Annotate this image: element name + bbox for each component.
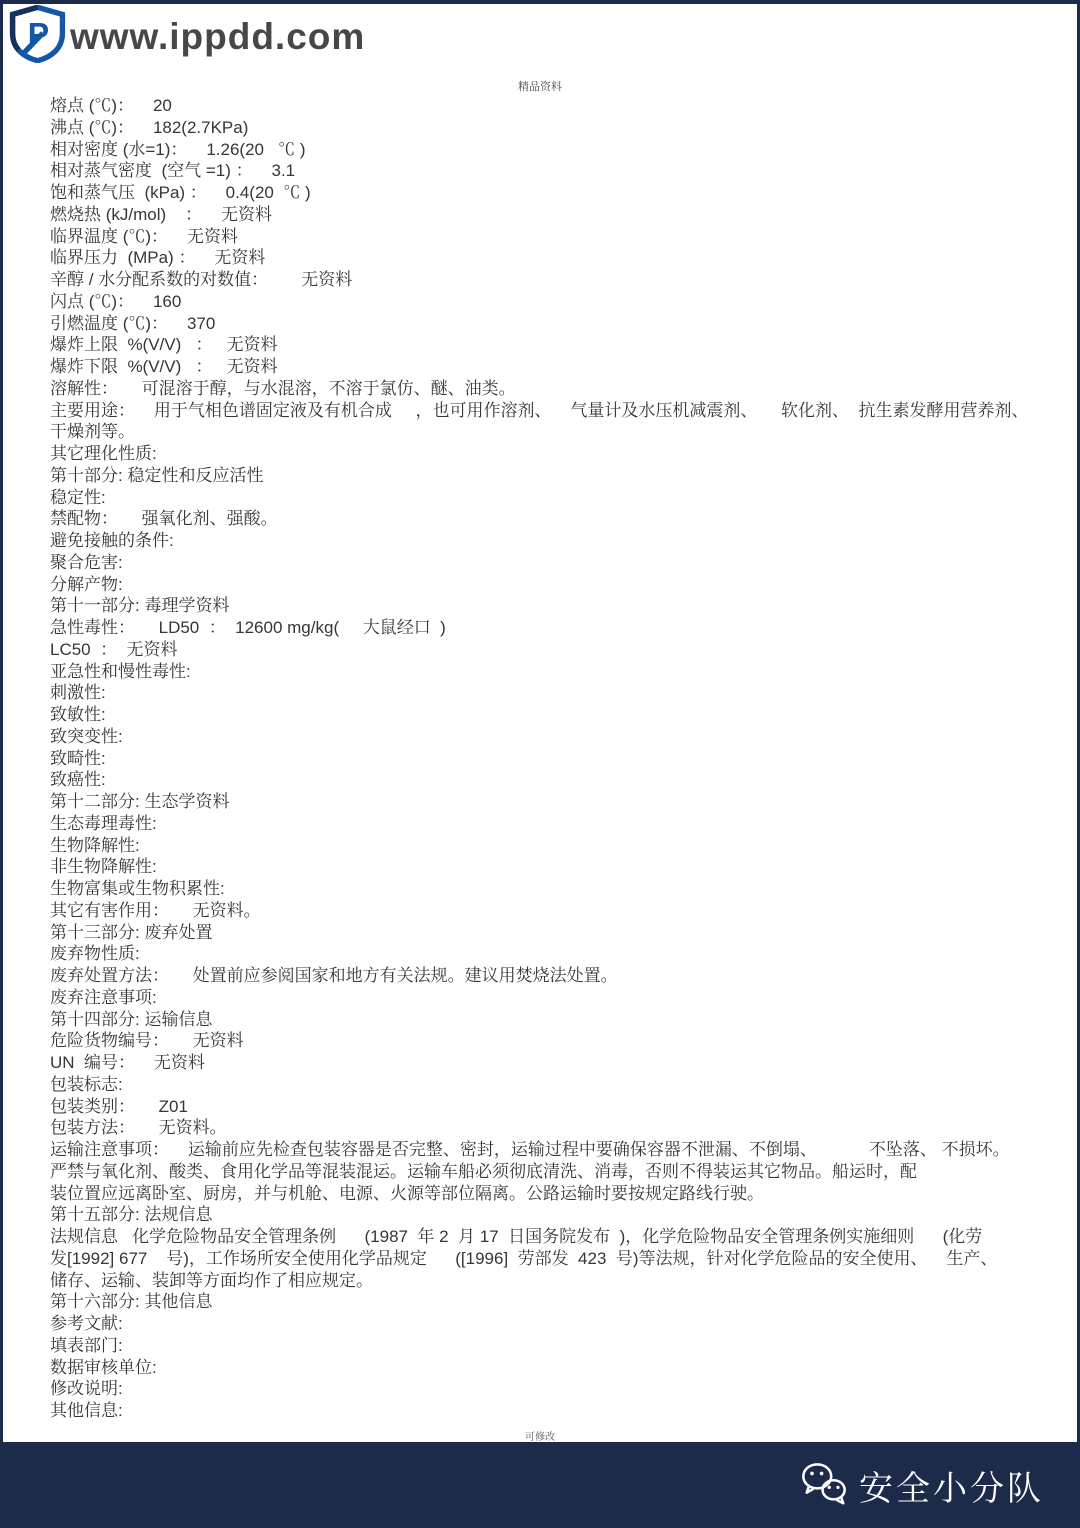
document-body: 熔点 (℃)： 20沸点 (℃)： 182(2.7KPa)相对密度 (水=1)：… [50,95,1055,1422]
doc-line: 主要用途： 用于气相色谱固定液及有机合成 ，也可用作溶剂、 气量计及水压机减震剂… [50,400,1055,422]
frame-left-edge [0,0,3,1528]
doc-line: 生物降解性: [50,835,1055,857]
doc-line: 沸点 (℃)： 182(2.7KPa) [50,117,1055,139]
doc-line: 溶解性： 可混溶于醇，与水混溶，不溶于氯仿、醚、油类。 [50,378,1055,400]
doc-line: 亚急性和慢性毒性: [50,661,1055,683]
doc-line: 分解产物: [50,574,1055,596]
doc-line: 生物富集或生物积累性: [50,878,1055,900]
doc-line: 饱和蒸气压 (kPa) ： 0.4(20 ℃ ) [50,182,1055,204]
doc-line: 法规信息 化学危险物品安全管理条例 (1987 年 2 月 17 日国务院发布 … [50,1226,1055,1248]
doc-line: 第十三部分: 废弃处置 [50,922,1055,944]
doc-line: 相对密度 (水=1)： 1.26(20 ℃ ) [50,139,1055,161]
doc-line: 致癌性: [50,769,1055,791]
doc-line: 闪点 (℃)： 160 [50,291,1055,313]
frame-top-edge [0,0,1080,4]
doc-line: 第十二部分: 生态学资料 [50,791,1055,813]
doc-line: 其它有害作用： 无资料。 [50,900,1055,922]
doc-line: 非生物降解性: [50,856,1055,878]
doc-line: 致畸性: [50,748,1055,770]
msds-document-page: P www.ippdd.com 精品资料 熔点 (℃)： 20沸点 (℃)： 1… [0,0,1080,1528]
doc-line: 第十部分: 稳定性和反应活性 [50,465,1055,487]
doc-line: 第十四部分: 运输信息 [50,1009,1055,1031]
doc-line: 生态毒理毒性: [50,813,1055,835]
doc-line: 包装方法： 无资料。 [50,1117,1055,1139]
doc-line: LC50 ： 无资料 [50,639,1055,661]
doc-line: 储存、运输、装卸等方面均作了相应规定。 [50,1270,1055,1292]
doc-line: 第十一部分: 毒理学资料 [50,595,1055,617]
doc-line: 避免接触的条件: [50,530,1055,552]
doc-line: 废弃注意事项: [50,987,1055,1009]
doc-line: 包装类别： Z01 [50,1096,1055,1118]
doc-line: 废弃物性质: [50,943,1055,965]
doc-line: 包装标志: [50,1074,1055,1096]
doc-line: 参考文献: [50,1313,1055,1335]
doc-line: 填表部门: [50,1335,1055,1357]
doc-line: 禁配物： 强氧化剂、强酸。 [50,508,1055,530]
doc-line: 运输注意事项： 运输前应先检查包装容器是否完整、密封，运输过程中要确保容器不泄漏… [50,1139,1055,1161]
doc-line: 第十六部分: 其他信息 [50,1291,1055,1313]
shield-p-icon: P [9,5,66,63]
doc-line: 引燃温度 (℃)： 370 [50,313,1055,335]
doc-line: 爆炸下限 %(V/V) ： 无资料 [50,356,1055,378]
doc-line: 装位置应远离卧室、厨房，并与机舱、电源、火源等部位隔离。公路运输时要按规定路线行… [50,1183,1055,1205]
doc-line: 相对蒸气密度 (空气 =1) ： 3.1 [50,160,1055,182]
doc-line: 燃烧热 (kJ/mol) ： 无资料 [50,204,1055,226]
doc-line: 第十五部分: 法规信息 [50,1204,1055,1226]
doc-line: 干燥剂等。 [50,421,1055,443]
doc-line: 临界压力 (MPa) ： 无资料 [50,247,1055,269]
doc-line: 发[1992] 677 号)，工作场所安全使用化学品规定 ([1996] 劳部发… [50,1248,1055,1270]
wechat-icon [799,1460,849,1510]
doc-line: 废弃处置方法： 处置前应参阅国家和地方有关法规。建议用焚烧法处置。 [50,965,1055,987]
doc-line: 熔点 (℃)： 20 [50,95,1055,117]
doc-line: 稳定性: [50,487,1055,509]
top-watermark: 精品资料 [0,78,1080,94]
doc-line: 修改说明: [50,1378,1055,1400]
brand-url-text: www.ippdd.com [70,16,365,58]
doc-line: 爆炸上限 %(V/V) ： 无资料 [50,334,1055,356]
bottom-watermark: 可修改 [0,1428,1080,1443]
doc-line: 其它理化性质: [50,443,1055,465]
doc-line: 数据审核单位: [50,1357,1055,1379]
doc-line: 急性毒性： LD50 ： 12600 mg/kg( 大鼠经口 ) [50,617,1055,639]
doc-line: 临界温度 (℃)： 无资料 [50,226,1055,248]
doc-line: 聚合危害: [50,552,1055,574]
doc-line: 致敏性: [50,704,1055,726]
doc-line: 致突变性: [50,726,1055,748]
doc-line: UN 编号： 无资料 [50,1052,1055,1074]
doc-line: 其他信息: [50,1400,1055,1422]
doc-line: 危险货物编号： 无资料 [50,1030,1055,1052]
doc-line: 辛醇 / 水分配系数的对数值： 无资料 [50,269,1055,291]
doc-line: 严禁与氧化剂、酸类、食用化学品等混装混运。运输车船必须彻底清洗、消毒，否则不得装… [50,1161,1055,1183]
doc-line: 刺激性: [50,682,1055,704]
footer-bar: 安全小分队 [0,1442,1080,1528]
footer-brand-text: 安全小分队 [859,1461,1044,1510]
